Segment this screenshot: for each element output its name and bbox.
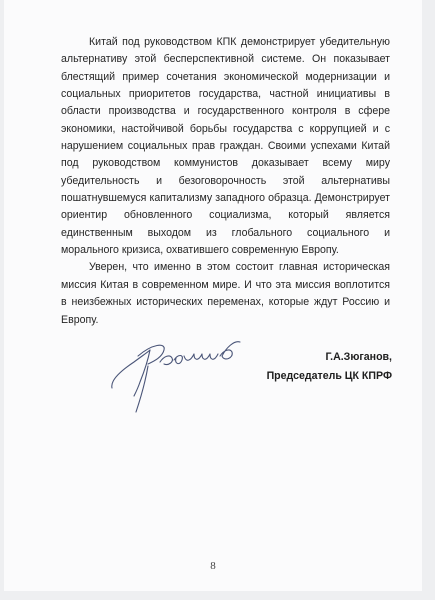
signature-icon (108, 336, 258, 416)
signatory-title: Председатель ЦК КПРФ (267, 367, 392, 386)
signatory-block: Г.А.Зюганов, Председатель ЦК КПРФ (267, 348, 392, 386)
paragraph-2: Уверен, что именно в этом состоит главна… (61, 259, 390, 328)
letter-body: Китай под руководством КПК демонстрирует… (61, 34, 390, 329)
signatory-name: Г.А.Зюганов, (267, 348, 392, 367)
document-page: Китай под руководством КПК демонстрирует… (4, 0, 422, 591)
paragraph-1: Китай под руководством КПК демонстрирует… (61, 34, 390, 259)
page-number: 8 (4, 560, 422, 572)
